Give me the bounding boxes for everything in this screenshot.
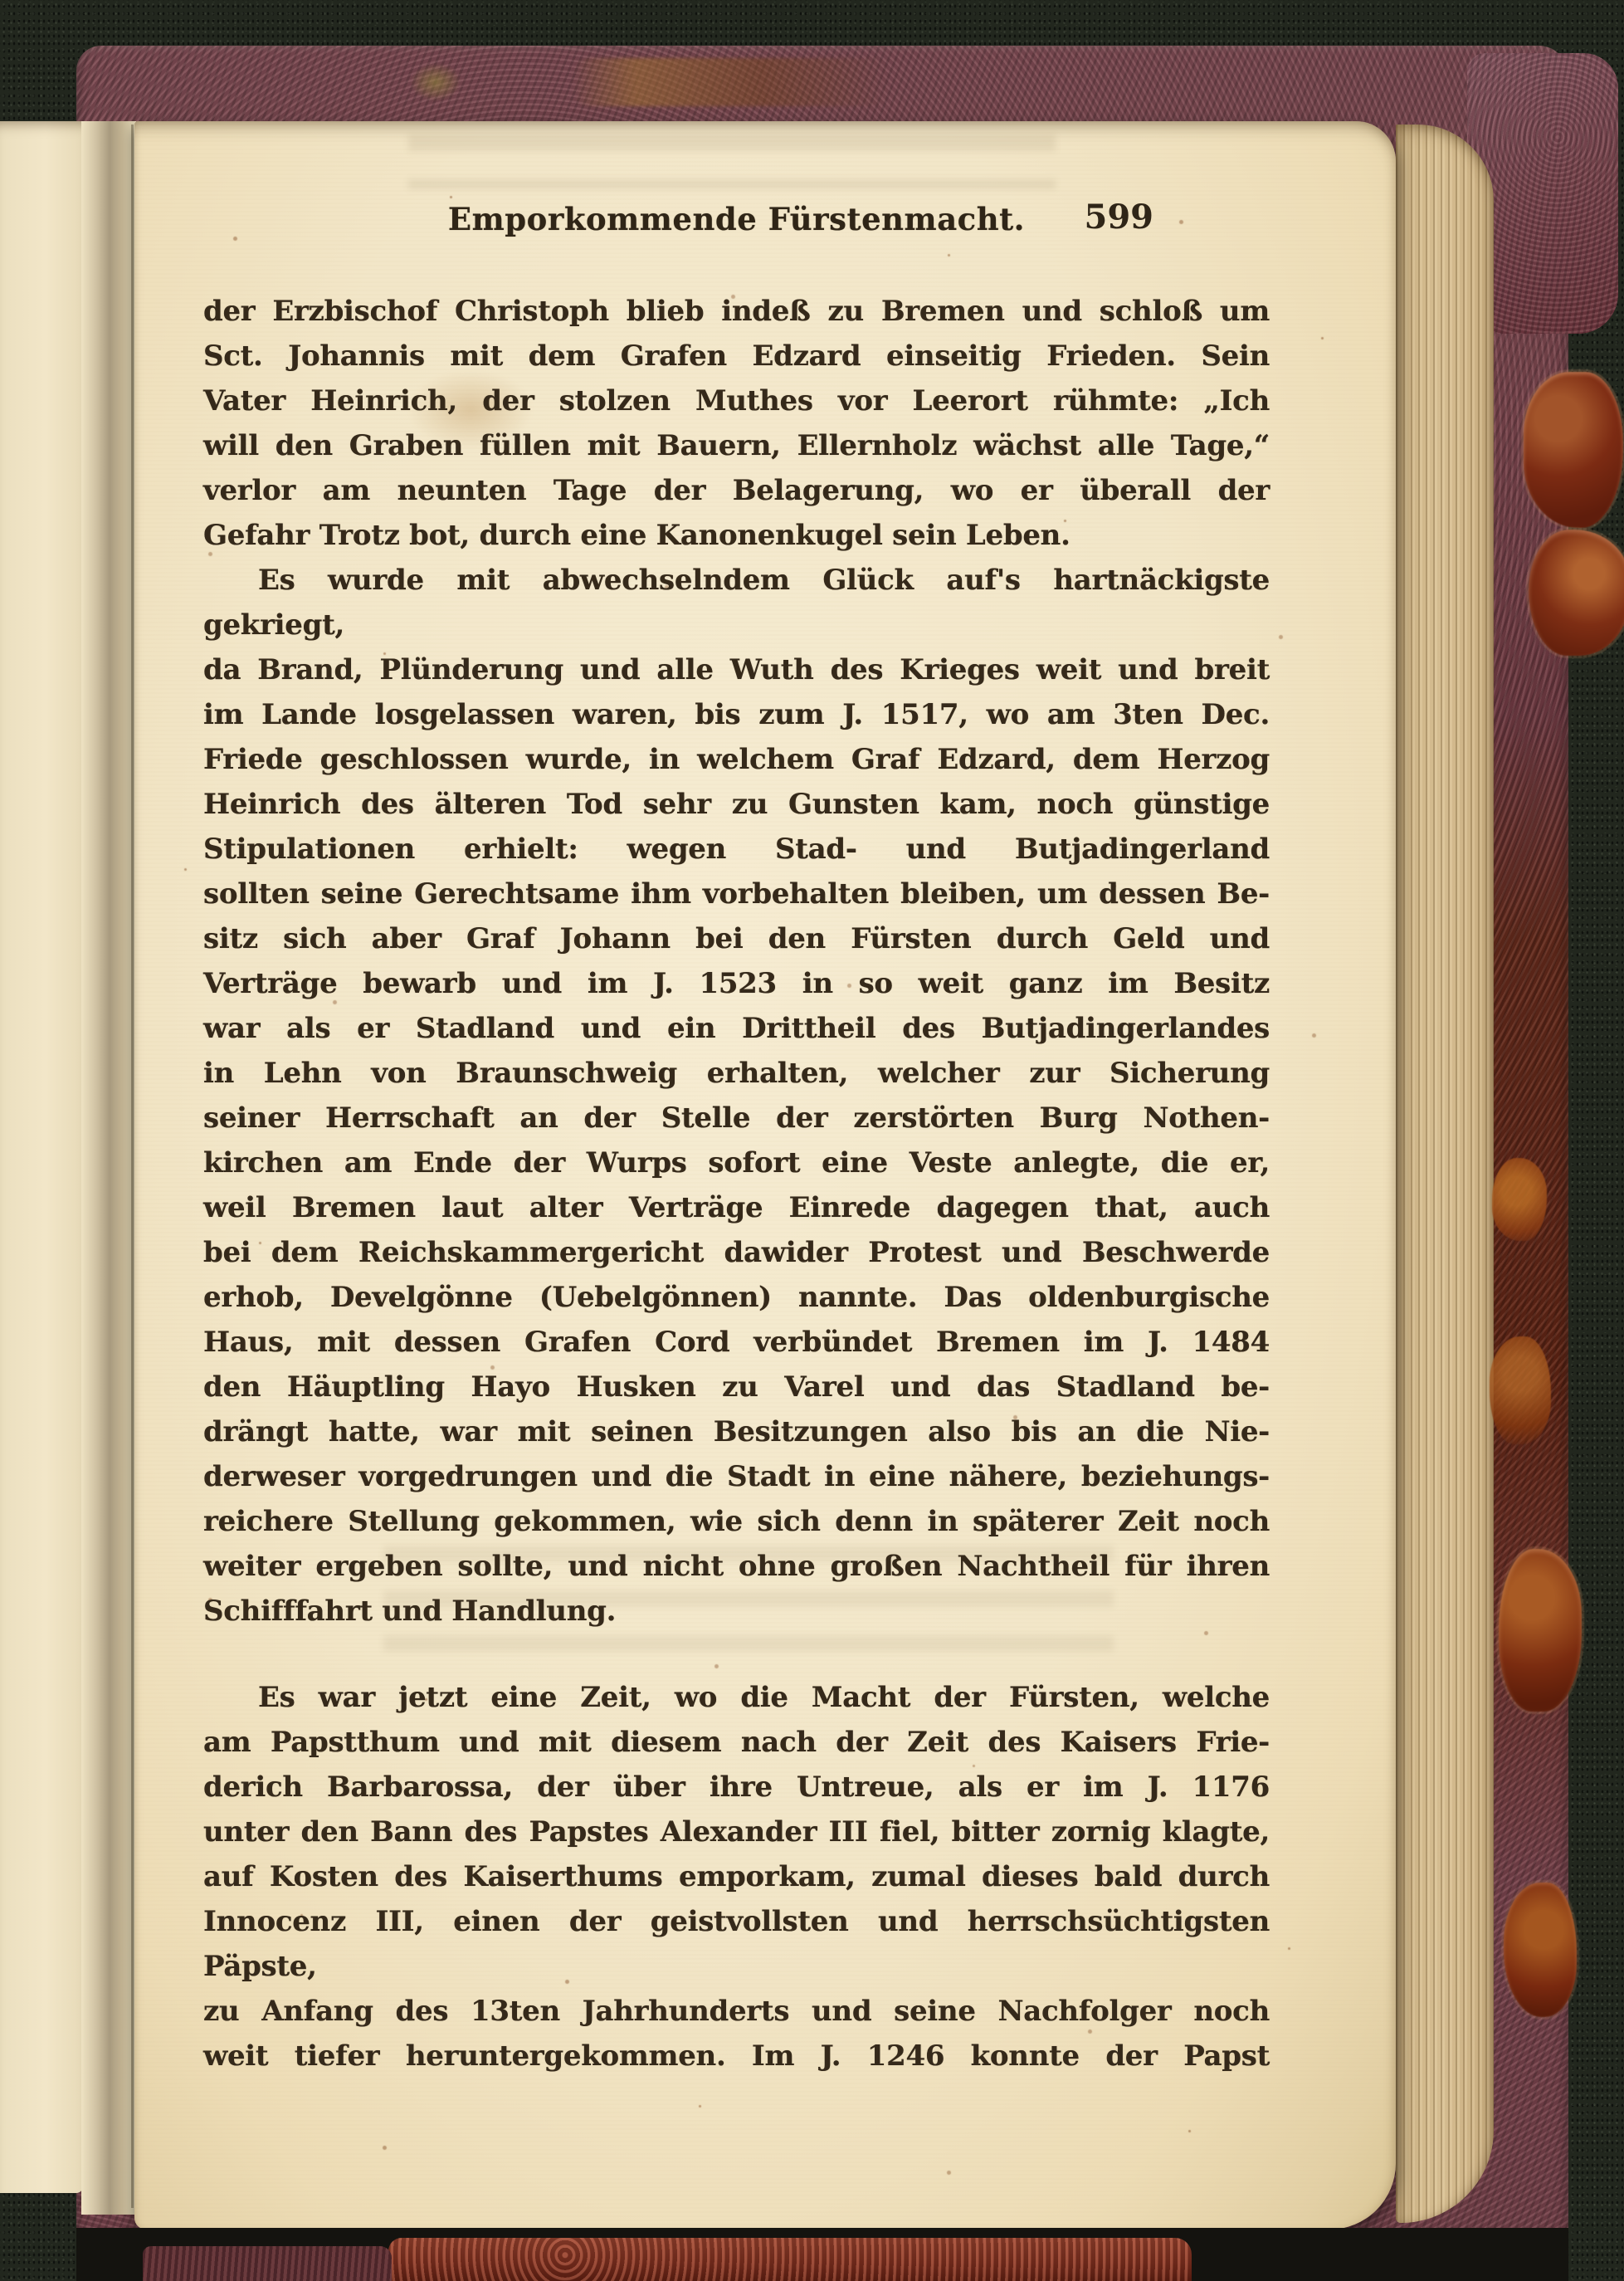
text-line: weiter ergeben sollte, und nicht ohne gr… xyxy=(203,1544,1270,1589)
page-content: Emporkommende Fürstenmacht. 599 der Erzb… xyxy=(203,201,1270,2078)
text-line: kirchen am Ende der Wurps sofort eine Ve… xyxy=(203,1140,1270,1185)
foxing-spots xyxy=(134,121,137,124)
book-gutter xyxy=(81,121,136,2215)
cover-damage-patch xyxy=(1504,1883,1577,2017)
text-line: weil Bremen laut alter Verträge Einrede … xyxy=(203,1185,1270,1230)
cover-damage-patch xyxy=(1499,1549,1582,1712)
paragraph: Es wurde mit abwechselndem Glück auf's h… xyxy=(203,558,1270,1634)
text-line: Innocenz III, einen der geistvollsten un… xyxy=(203,1899,1270,1989)
cover-damage-patch xyxy=(1529,530,1624,656)
text-line: derweser vorgedrungen und die Stadt in e… xyxy=(203,1454,1270,1499)
cover-damage-top xyxy=(573,58,888,106)
text-line: sollten seine Gerechtsame ihm vorbehalte… xyxy=(203,872,1270,916)
text-line: Stipulationen erhielt: wegen Stad- und B… xyxy=(203,827,1270,872)
text-line: Sct. Johannis mit dem Grafen Edzard eins… xyxy=(203,334,1270,379)
text-line: Es wurde mit abwechselndem Glück auf's h… xyxy=(203,558,1270,647)
text-line: seiner Herrschaft an der Stelle der zers… xyxy=(203,1096,1270,1140)
text-line: zu Anfang des 13ten Jahrhunderts und sei… xyxy=(203,1989,1270,2034)
text-line: der Erzbischof Christoph blieb indeß zu … xyxy=(203,289,1270,334)
text-line: da Brand, Plünderung und alle Wuth des K… xyxy=(203,647,1270,692)
cover-damage-patch xyxy=(1524,372,1623,528)
book-page: Emporkommende Fürstenmacht. 599 der Erzb… xyxy=(134,121,1396,2230)
page-stack-fore-edge xyxy=(1396,125,1494,2223)
text-line: drängt hatte, war mit seinen Besitzungen… xyxy=(203,1409,1270,1454)
text-line: war als er Stadland und ein Drittheil de… xyxy=(203,1006,1270,1051)
text-line: Verträge bewarb und im J. 1523 in so wei… xyxy=(203,961,1270,1006)
gutter-seam xyxy=(131,125,134,2208)
text-line: bei dem Reichskammergericht dawider Prot… xyxy=(203,1230,1270,1275)
text-line: Haus, mit dessen Grafen Cord verbündet B… xyxy=(203,1320,1270,1365)
cover-bottom-edge-2 xyxy=(143,2246,392,2281)
text-line: weit tiefer heruntergekommen. Im J. 1246… xyxy=(203,2034,1270,2078)
cover-damage-patch xyxy=(1492,1158,1547,1241)
previous-page-edge xyxy=(0,121,83,2193)
page-number: 599 xyxy=(1085,198,1154,237)
text-line: Friede geschlossen wurde, in welchem Gra… xyxy=(203,737,1270,782)
text-line: Schifffahrt und Handlung. xyxy=(203,1589,1270,1634)
paragraph: Es war jetzt eine Zeit, wo die Macht der… xyxy=(203,1675,1270,2078)
text-line: reichere Stellung gekommen, wie sich den… xyxy=(203,1499,1270,1544)
text-line: auf Kosten des Kaiserthums emporkam, zum… xyxy=(203,1854,1270,1899)
text-line: Vater Heinrich, der stolzen Muthes vor L… xyxy=(203,379,1270,423)
text-line: derich Barbarossa, der über ihre Untreue… xyxy=(203,1765,1270,1810)
text-line: im Lande losgelassen waren, bis zum J. 1… xyxy=(203,692,1270,737)
text-line: in Lehn von Braunschweig erhalten, welch… xyxy=(203,1051,1270,1096)
text-line: Gefahr Trotz bot, durch eine Kanonenkuge… xyxy=(203,513,1270,558)
text-line: verlor am neunten Tage der Belagerung, w… xyxy=(203,468,1270,513)
text-line: erhob, Develgönne (Uebelgönnen) nannte. … xyxy=(203,1275,1270,1320)
text-line: Es war jetzt eine Zeit, wo die Macht der… xyxy=(203,1675,1270,1720)
text-line: will den Graben füllen mit Bauern, Eller… xyxy=(203,423,1270,468)
text-line: am Papstthum und mit diesem nach der Zei… xyxy=(203,1720,1270,1765)
running-header: Emporkommende Fürstenmacht. 599 xyxy=(203,201,1270,249)
cover-bottom-edge xyxy=(388,2238,1192,2281)
text-line: sitz sich aber Graf Johann bei den Fürst… xyxy=(203,916,1270,961)
cover-damage-patch xyxy=(1490,1336,1551,1444)
text-line: Heinrich des älteren Tod sehr zu Gunsten… xyxy=(203,782,1270,827)
paragraph: der Erzbischof Christoph blieb indeß zu … xyxy=(203,289,1270,558)
book-scan-scene: Emporkommende Fürstenmacht. 599 der Erzb… xyxy=(0,0,1624,2281)
bleedthrough-ghost xyxy=(408,134,1056,189)
cover-damage-top-2 xyxy=(411,63,461,101)
text-line: den Häuptling Hayo Husken zu Varel und d… xyxy=(203,1365,1270,1409)
text-line: unter den Bann des Papstes Alexander III… xyxy=(203,1810,1270,1854)
